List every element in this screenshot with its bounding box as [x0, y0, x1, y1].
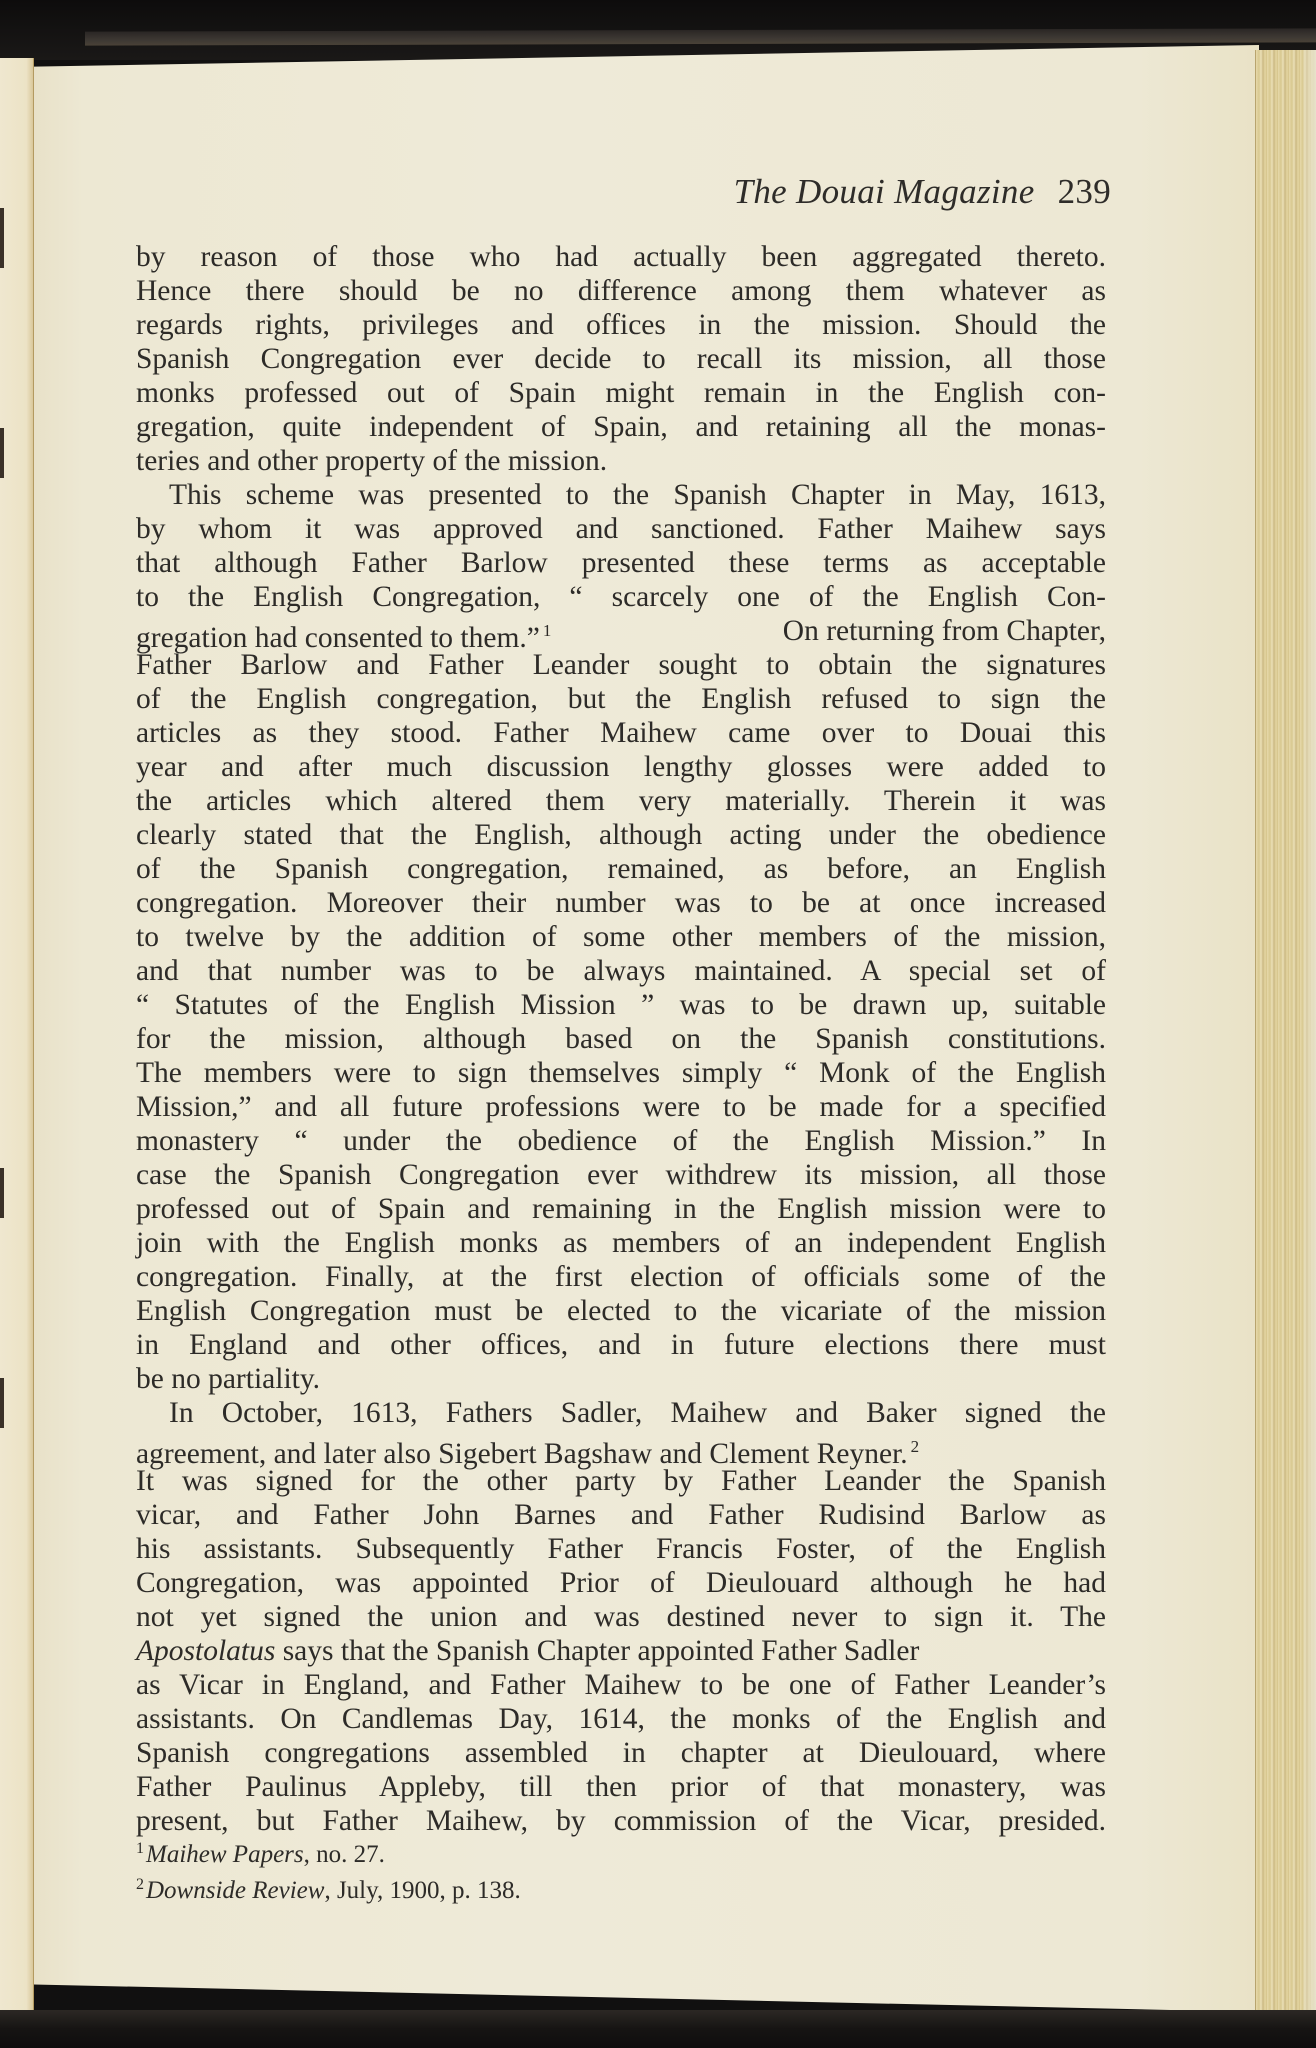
footnote-number: 2 — [136, 1876, 144, 1893]
text-line: agreement, and later also Sigebert Bagsh… — [136, 1430, 1106, 1464]
text-line: professed out of Spain and remaining in … — [136, 1192, 1106, 1226]
text-line: The members were to sign themselves simp… — [136, 1056, 1106, 1090]
text-line: by reason of those who had actually been… — [136, 240, 1106, 274]
text-line: of the Spanish congregation, remained, a… — [136, 852, 1106, 886]
text-line: Mission,” and all future professions wer… — [136, 1090, 1106, 1124]
footnote-source: Maihew Papers — [146, 1841, 304, 1868]
book-cover-bottom — [0, 2010, 1316, 2048]
text-line: be no partiality. — [136, 1362, 1106, 1396]
text-line: gregation had consented to them.”1 On re… — [136, 614, 1106, 648]
facing-page-edge — [0, 58, 34, 2020]
paragraph-3: In October, 1613, Fathers Sadler, Maihew… — [136, 1396, 1106, 1838]
footnote-detail: , July, 1900, p. 138. — [324, 1877, 520, 1904]
footnote-2: 2Downside Review, July, 1900, p. 138. — [136, 1870, 836, 1906]
text-line: his assistants. Subsequently Father Fran… — [136, 1532, 1106, 1566]
text-line: Spanish congregations assembled in chapt… — [136, 1736, 1106, 1770]
footnotes: 1Maihew Papers, no. 27. 2Downside Review… — [136, 1834, 836, 1906]
running-head: The Douai Magazine 239 — [734, 172, 1111, 212]
text-line: regards rights, privileges and offices i… — [136, 308, 1106, 342]
text-line: join with the English monks as members o… — [136, 1226, 1106, 1260]
footnote-detail: , no. 27. — [304, 1841, 385, 1868]
text-fragment: gregation had consented to them.”1 — [136, 614, 551, 648]
text-line: Father Barlow and Father Leander sought … — [136, 648, 1106, 682]
binding-mark — [0, 208, 4, 268]
text-line: that although Father Barlow presented th… — [136, 546, 1106, 580]
text-line: by whom it was approved and sanctioned. … — [136, 512, 1106, 546]
text-line: monastery “ under the obedience of the E… — [136, 1124, 1106, 1158]
text-line: English Congregation must be elected to … — [136, 1294, 1106, 1328]
paragraph-1: by reason of those who had actually been… — [136, 240, 1106, 478]
text-line: “ Statutes of the English Mission ” was … — [136, 988, 1106, 1022]
italic-title-apostolatus: Apostolatus — [136, 1635, 275, 1667]
text-line: to the English Congregation, “ scarcely … — [136, 580, 1106, 614]
text-line: It was signed for the other party by Fat… — [136, 1464, 1106, 1498]
text-line: year and after much discussion lengthy g… — [136, 750, 1106, 784]
text-line: Spanish Congregation ever decide to reca… — [136, 342, 1106, 376]
text-line: vicar, and Father John Barnes and Father… — [136, 1498, 1106, 1532]
text-line: not yet signed the union and was destine… — [136, 1600, 1106, 1634]
text-line: the articles which altered them very mat… — [136, 784, 1106, 818]
footnote-1: 1Maihew Papers, no. 27. — [136, 1834, 836, 1870]
text-line: Apostolatus says that the Spanish Chapte… — [136, 1634, 1106, 1668]
text-line: Father Paulinus Appleby, till then prior… — [136, 1770, 1106, 1804]
text-line: congregation. Finally, at the first elec… — [136, 1260, 1106, 1294]
text-line: of the English congregation, but the Eng… — [136, 682, 1106, 716]
text-line: teries and other property of the mission… — [136, 444, 1106, 478]
magazine-title: The Douai Magazine — [734, 172, 1035, 211]
text-line: and that number was to be always maintai… — [136, 954, 1106, 988]
text-fragment: On returning from Chapter, — [783, 614, 1106, 648]
binding-mark — [0, 428, 4, 478]
binding-mark — [0, 1378, 4, 1428]
text-line: to twelve by the addition of some other … — [136, 920, 1106, 954]
binding-mark — [0, 1168, 4, 1218]
text-line: This scheme was presented to the Spanish… — [136, 478, 1106, 512]
footnote-source: Downside Review — [146, 1877, 324, 1904]
text-line: In October, 1613, Fathers Sadler, Maihew… — [136, 1396, 1106, 1430]
footnote-number: 1 — [136, 1840, 144, 1857]
text-line: clearly stated that the English, althoug… — [136, 818, 1106, 852]
footnote-ref-1[interactable]: 1 — [543, 621, 552, 640]
text-line: Congregation, was appointed Prior of Die… — [136, 1566, 1106, 1600]
text-line: in England and other offices, and in fut… — [136, 1328, 1106, 1362]
text-line: for the mission, although based on the S… — [136, 1022, 1106, 1056]
text-line: gregation, quite independent of Spain, a… — [136, 410, 1106, 444]
text-line: congregation. Moreover their number was … — [136, 886, 1106, 920]
text-line: Hence there should be no difference amon… — [136, 274, 1106, 308]
text-line: present, but Father Maihew, by commissio… — [136, 1804, 1106, 1838]
footnote-ref-2[interactable]: 2 — [911, 1437, 920, 1456]
page-number: 239 — [1058, 172, 1111, 211]
text-line: assistants. On Candlemas Day, 1614, the … — [136, 1702, 1106, 1736]
text-line: articles as they stood. Father Maihew ca… — [136, 716, 1106, 750]
page-edges-stack — [1255, 50, 1316, 2015]
text-line: monks professed out of Spain might remai… — [136, 376, 1106, 410]
text-line: as Vicar in England, and Father Maihew t… — [136, 1668, 1106, 1702]
body-text: by reason of those who had actually been… — [136, 240, 1106, 1838]
paragraph-2: This scheme was presented to the Spanish… — [136, 478, 1106, 1396]
text-line: case the Spanish Congregation ever withd… — [136, 1158, 1106, 1192]
